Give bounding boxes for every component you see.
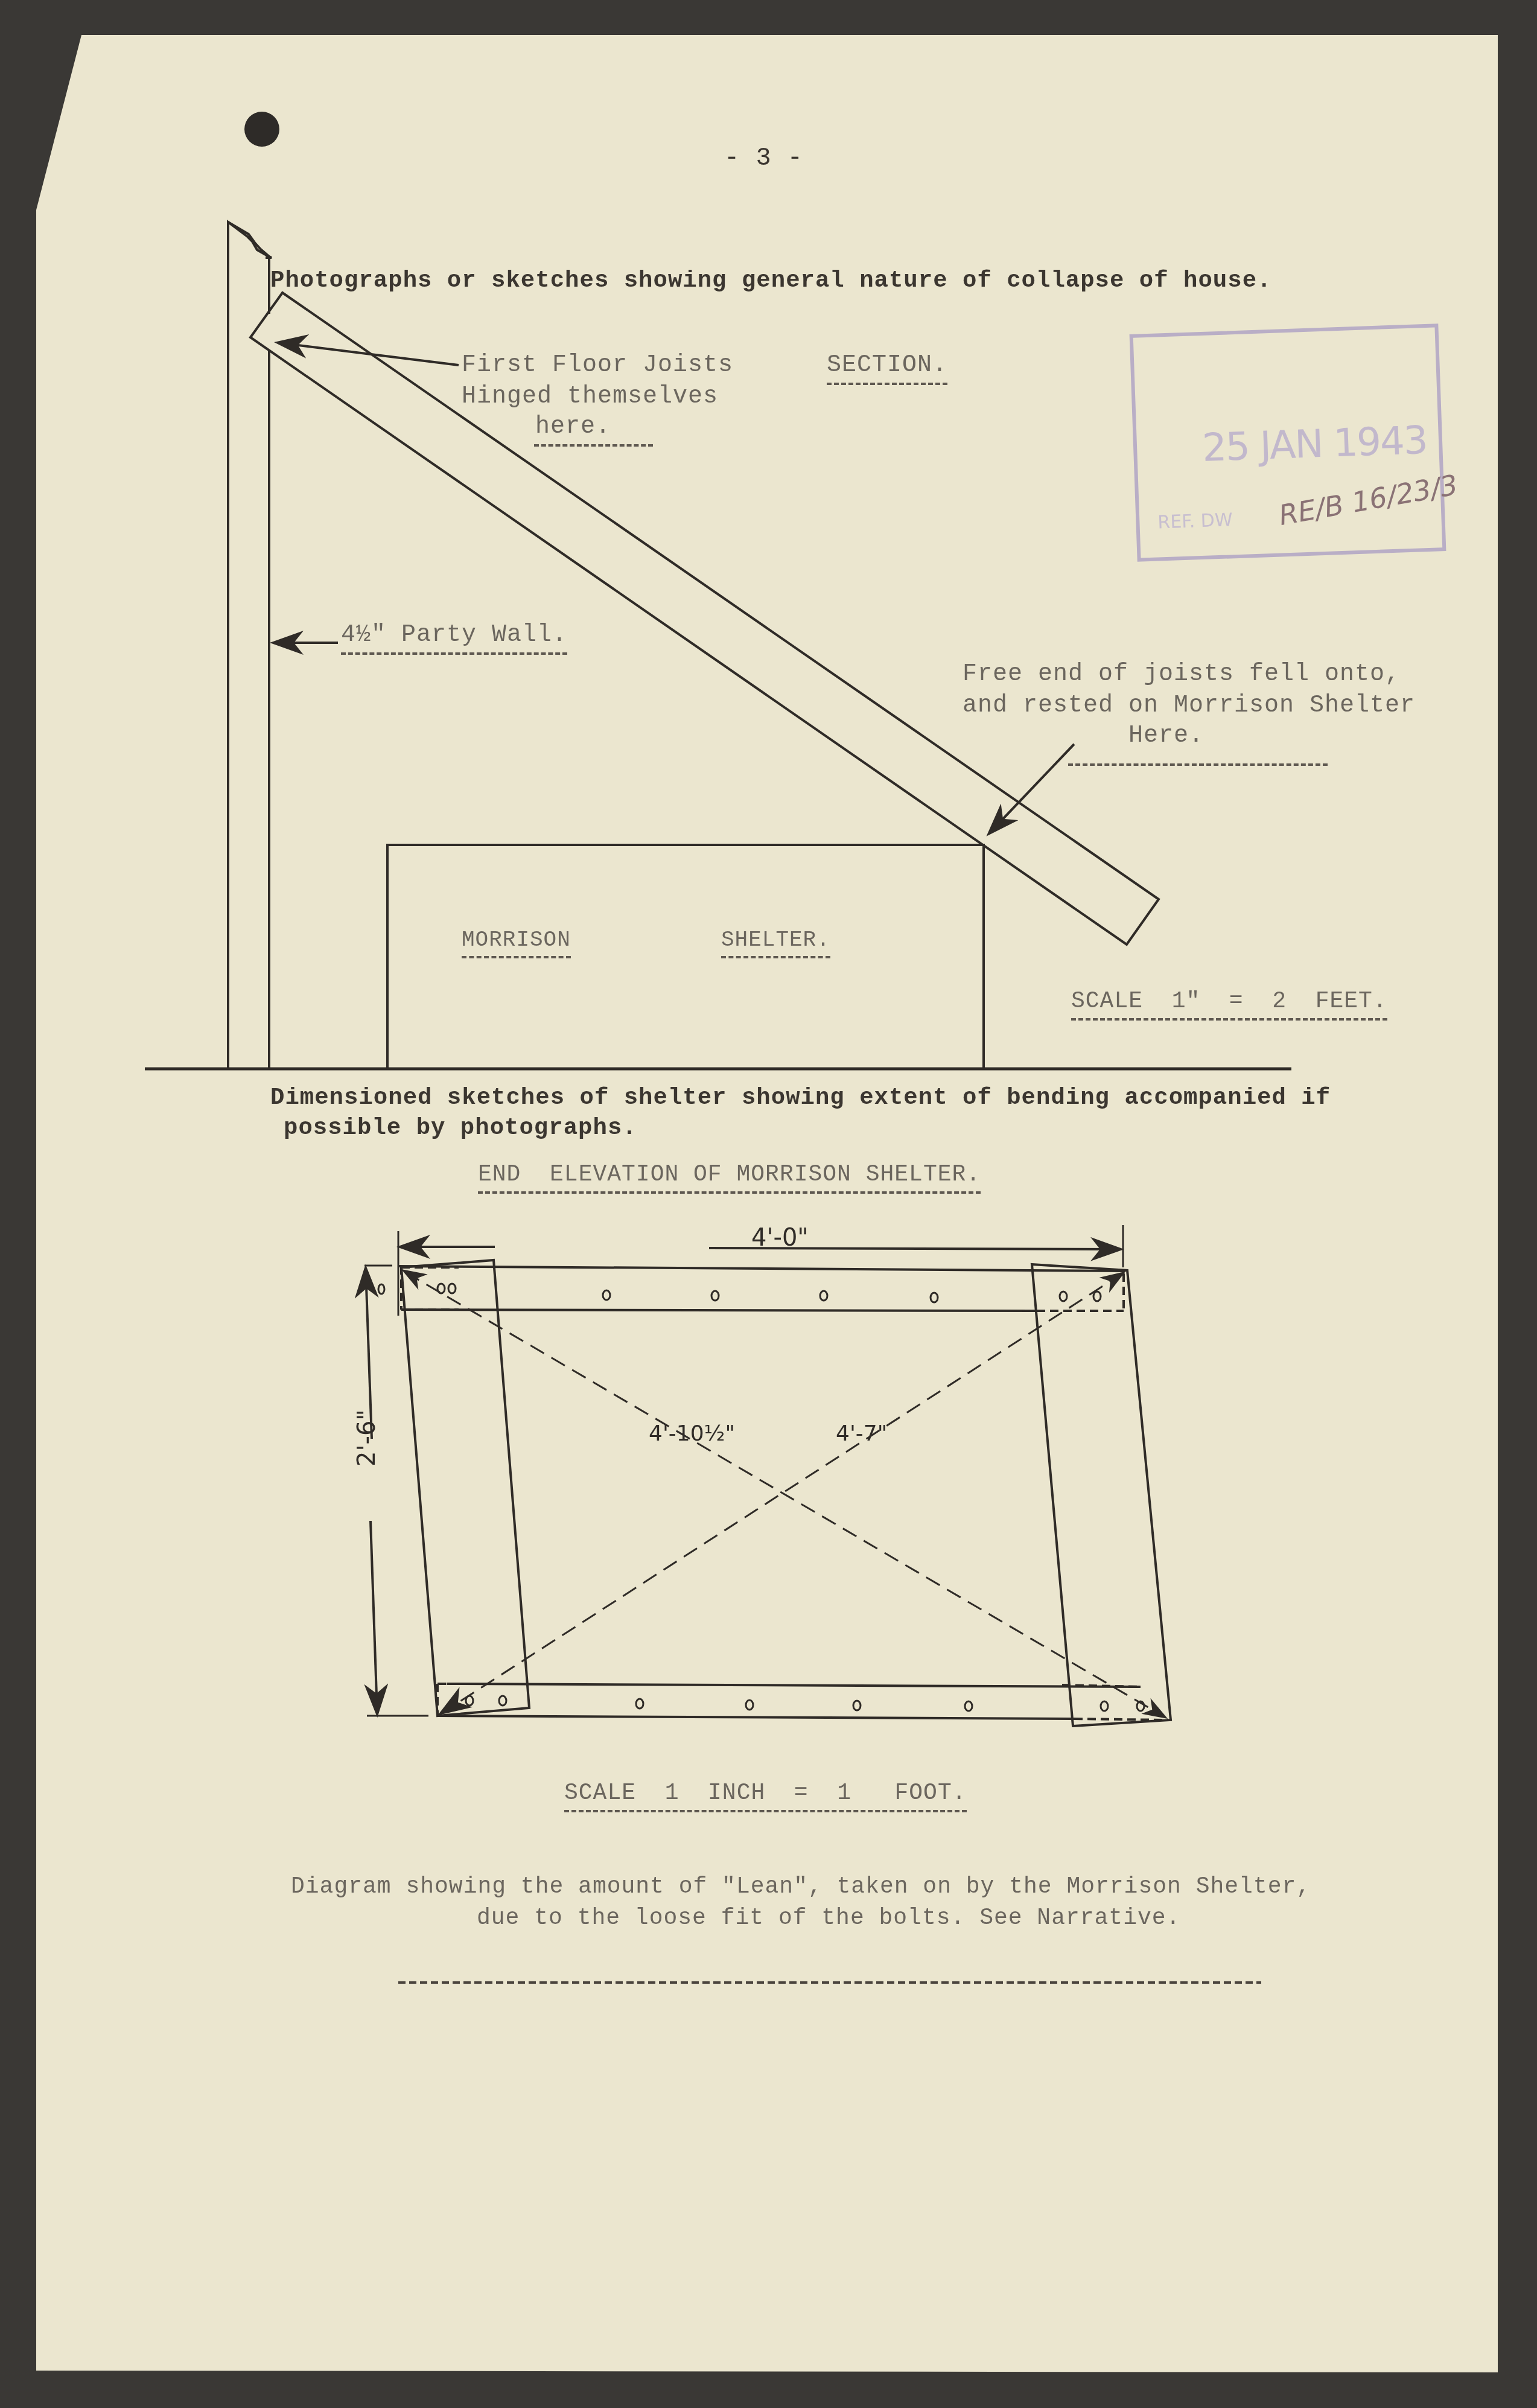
free-end-label-line3: Here. — [1128, 722, 1204, 750]
elevation-title: END ELEVATION OF MORRISON SHELTER. — [478, 1162, 981, 1194]
section1-heading: Photographs or sketches showing general … — [270, 267, 1271, 294]
stamp-date: 25 JAN 1943 — [1201, 418, 1428, 471]
width-dimension: 4'-0" — [751, 1224, 809, 1252]
joists-label-line3: here. — [534, 413, 653, 447]
diagonal-dimension-2: 4'-7" — [836, 1421, 887, 1446]
free-end-label-line2: and rested on Morrison Shelter — [963, 692, 1415, 719]
height-dimension: 2'-6" — [353, 1409, 381, 1467]
free-end-underline — [1068, 763, 1328, 766]
shelter-label-2: SHELTER. — [721, 928, 830, 958]
stamp-ref-label: REF. DW — [1157, 509, 1233, 533]
stamp-ref-handwritten: RE/B 16/23/3 — [1276, 468, 1460, 532]
diagonal-dimension-1: 4'-10½" — [649, 1421, 735, 1446]
caption-line2: due to the loose fit of the bolts. See N… — [477, 1905, 1180, 1931]
section-drawing — [145, 222, 1291, 1069]
page-number: - 3 - — [724, 144, 803, 173]
received-stamp: 25 JAN 1943 REF. DW RE/B 16/23/3 — [1130, 323, 1446, 562]
joists-label-line2: Hinged themselves — [462, 383, 718, 410]
elevation-drawing — [364, 1225, 1171, 1726]
party-wall-label: 4½" Party Wall. — [341, 622, 567, 655]
section2-heading-line2: possible by photographs. — [284, 1115, 637, 1141]
section-title: SECTION. — [827, 352, 947, 385]
caption-line1: Diagram showing the amount of "Lean", ta… — [291, 1874, 1311, 1900]
elevation-scale: SCALE 1 INCH = 1 FOOT. — [564, 1780, 967, 1812]
section-scale: SCALE 1" = 2 FEET. — [1071, 989, 1387, 1021]
section2-heading-line1: Dimensioned sketches of shelter showing … — [270, 1085, 1331, 1111]
joists-label-line1: First Floor Joists — [462, 352, 733, 379]
shelter-label-1: MORRISON — [462, 928, 571, 958]
free-end-label-line1: Free end of joists fell onto, — [963, 661, 1400, 688]
